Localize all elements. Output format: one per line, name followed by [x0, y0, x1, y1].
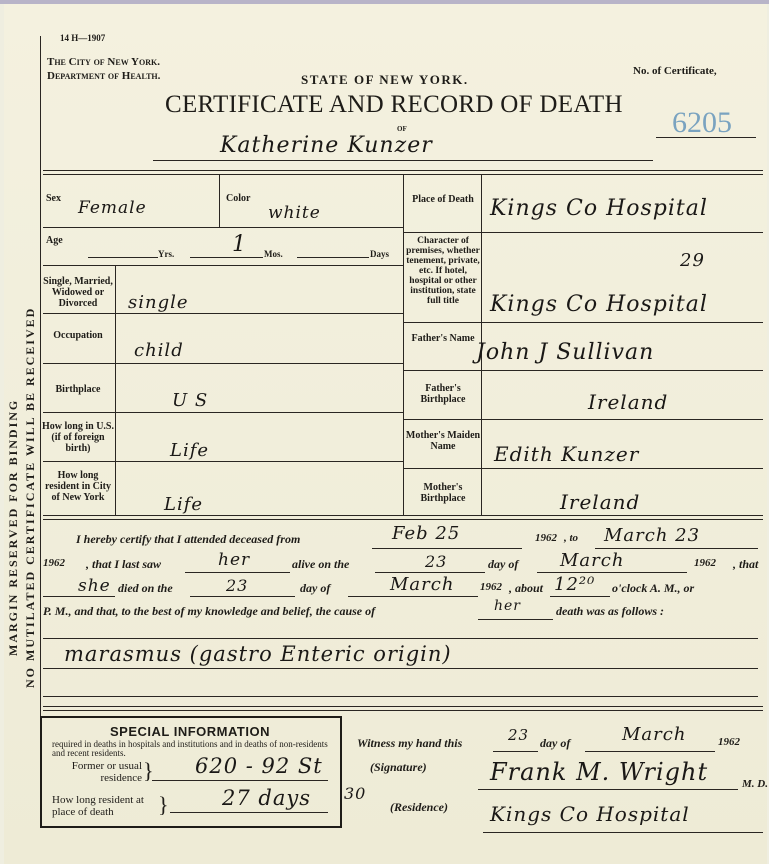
to-date: March 23 [604, 525, 700, 546]
witness-day-of: day of [540, 736, 570, 751]
died-day-of-text: day of [300, 581, 330, 596]
signature-line [478, 789, 738, 790]
color-label: Color [226, 193, 250, 204]
row-line [403, 370, 763, 371]
about-text: , about [509, 581, 543, 596]
witness-year: 1962 [718, 736, 740, 748]
age-yrs-label: Yrs. [158, 249, 174, 259]
row-line [43, 461, 403, 462]
from-line [372, 548, 522, 549]
father-birthplace-value: Ireland [588, 390, 668, 414]
died-day-line [190, 596, 295, 597]
father-name-value: John J Sullivan [476, 340, 654, 365]
time-line [550, 596, 610, 597]
row-line [43, 363, 403, 364]
sex-value: Female [78, 198, 147, 218]
alive-day-line [375, 572, 485, 573]
year-3: 1962 [480, 581, 502, 593]
mother-maiden-value: Edith Kunzer [494, 442, 639, 466]
death-text: death was as follows : [556, 604, 664, 619]
pronoun-value: she [78, 576, 111, 596]
residence-label: (Residence) [390, 800, 448, 815]
died-text: died on the [118, 581, 173, 596]
witness-month-line [585, 751, 715, 752]
row-line [43, 313, 403, 314]
cause-line-1 [43, 638, 758, 639]
age-label: Age [46, 235, 63, 246]
former-residence-line [152, 780, 328, 781]
of-label: OF [397, 125, 407, 133]
age-yrs-line [88, 257, 158, 258]
mother-birthplace-label: Mother's Birthplace [404, 482, 482, 504]
color-value: white [268, 203, 321, 223]
margin-binding-note: MARGIN RESERVED FOR BINDING [6, 232, 21, 656]
how-long-us-label: How long in U.S. (if of foreign birth) [40, 421, 116, 454]
alive-text: alive on the [292, 557, 349, 572]
time-value: 12²⁰ [554, 574, 595, 595]
signature-label: (Signature) [370, 760, 427, 775]
special-info-title: SPECIAL INFORMATION [40, 724, 340, 739]
how-long-resident-label: How long resident at place of death [52, 794, 162, 818]
premises-value: Kings Co Hospital [490, 292, 708, 317]
cert-number-line [656, 137, 756, 138]
birthplace-value: U S [172, 390, 208, 411]
age-mos-label: Mos. [264, 249, 283, 259]
day-of-text: day of [488, 557, 518, 572]
oclock-text: o'clock A. M., or [612, 581, 694, 596]
place-of-death-label: Place of Death [404, 194, 482, 205]
former-residence-value: 620 - 92 St [195, 754, 323, 778]
deceased-name: Katherine Kunzer [220, 133, 433, 158]
cause-line-2 [43, 668, 758, 669]
how-long-resident-value: 27 days [222, 786, 311, 810]
cause-pronoun: her [494, 598, 521, 614]
physician-residence: Kings Co Hospital [490, 802, 690, 826]
premises-note: 29 [680, 250, 705, 271]
how-long-city-label: How long resident in City of New York [40, 470, 116, 503]
witness-day-line [493, 751, 538, 752]
pm-text: P. M., and that, to the best of my knowl… [43, 604, 375, 619]
brace-icon: } [158, 794, 169, 816]
witness-day: 23 [508, 726, 529, 744]
witness-month: March [622, 724, 686, 745]
premises-label: Character of premises, whether tenement,… [404, 236, 482, 306]
alive-month-line [537, 572, 687, 573]
age-mos-value: 1 [232, 232, 247, 257]
alive-day: 23 [425, 552, 447, 571]
row-line [403, 468, 763, 469]
birthplace-label: Birthplace [40, 384, 116, 395]
state-line: STATE OF NEW YORK. [301, 72, 469, 88]
cause-line-3 [43, 696, 758, 697]
row-line [403, 322, 763, 323]
year-2: 1962 [694, 557, 716, 569]
row-line [43, 265, 403, 266]
how-long-us-value: Life [170, 440, 209, 461]
father-birthplace-label: Father's Birthplace [404, 383, 482, 405]
margin-mutilated-note: NO MUTILATED CERTIFICATE WILL BE RECEIVE… [23, 190, 38, 688]
former-residence-label: Former or usual residence [52, 760, 142, 784]
alive-month: March [560, 550, 624, 571]
occupation-label: Occupation [40, 330, 116, 341]
marital-label: Single, Married, Widowed or Divorced [40, 276, 116, 309]
that-text: , that [733, 557, 758, 572]
to-line [595, 548, 758, 549]
witness-text: Witness my hand this [357, 736, 462, 751]
row-line [43, 227, 403, 228]
cert-bottom-rule [43, 706, 763, 711]
table-bottom-rule [43, 515, 763, 520]
age-mos-line [190, 257, 263, 258]
margin-note: 30 [344, 784, 366, 803]
certify-text: I hereby certify that I attended decease… [76, 532, 300, 547]
age-days-line [297, 257, 369, 258]
how-long-city-value: Life [164, 494, 203, 515]
marital-value: single [128, 292, 189, 313]
row-line [403, 419, 763, 420]
page-title: CERTIFICATE AND RECORD OF DEATH [165, 91, 623, 119]
last-saw-text: , that I last saw [86, 557, 161, 572]
md-label: M. D. [742, 778, 768, 790]
died-month-line [348, 596, 478, 597]
died-month: March [390, 574, 454, 595]
physician-signature: Frank M. Wright [490, 758, 708, 786]
from-date: Feb 25 [392, 523, 460, 544]
brace-icon: } [143, 760, 154, 782]
pronoun-line [43, 596, 115, 597]
certificate-number-label: No. of Certificate, [633, 65, 717, 77]
last-saw-value: her [218, 550, 250, 570]
to-label: , to [564, 532, 578, 544]
sex-color-divider [219, 175, 220, 227]
died-day: 23 [226, 576, 248, 595]
year-prefix: 1962 [43, 557, 65, 569]
occupation-value: child [134, 340, 184, 361]
city-line: The City of New York. [47, 56, 160, 68]
row-line [403, 232, 763, 233]
mother-birthplace-value: Ireland [560, 490, 640, 514]
residence-line [483, 832, 763, 833]
name-line [153, 160, 653, 161]
cause-pronoun-line [478, 619, 553, 620]
cause-of-death: marasmus (gastro Enteric origin) [64, 642, 452, 666]
form-code: 14 H—1907 [60, 33, 105, 43]
place-of-death-value: Kings Co Hospital [490, 196, 708, 221]
father-name-label: Father's Name [404, 333, 482, 344]
sex-label: Sex [46, 193, 61, 204]
department-line: Department of Health. [47, 70, 160, 82]
certificate-number: 6205 [672, 106, 732, 140]
mother-maiden-label: Mother's Maiden Name [404, 430, 482, 452]
year-1: 1962 [535, 532, 557, 544]
age-days-label: Days [370, 249, 389, 259]
row-line [43, 412, 403, 413]
last-saw-line [185, 572, 290, 573]
how-long-resident-line [170, 812, 328, 813]
column-divider [403, 175, 404, 515]
